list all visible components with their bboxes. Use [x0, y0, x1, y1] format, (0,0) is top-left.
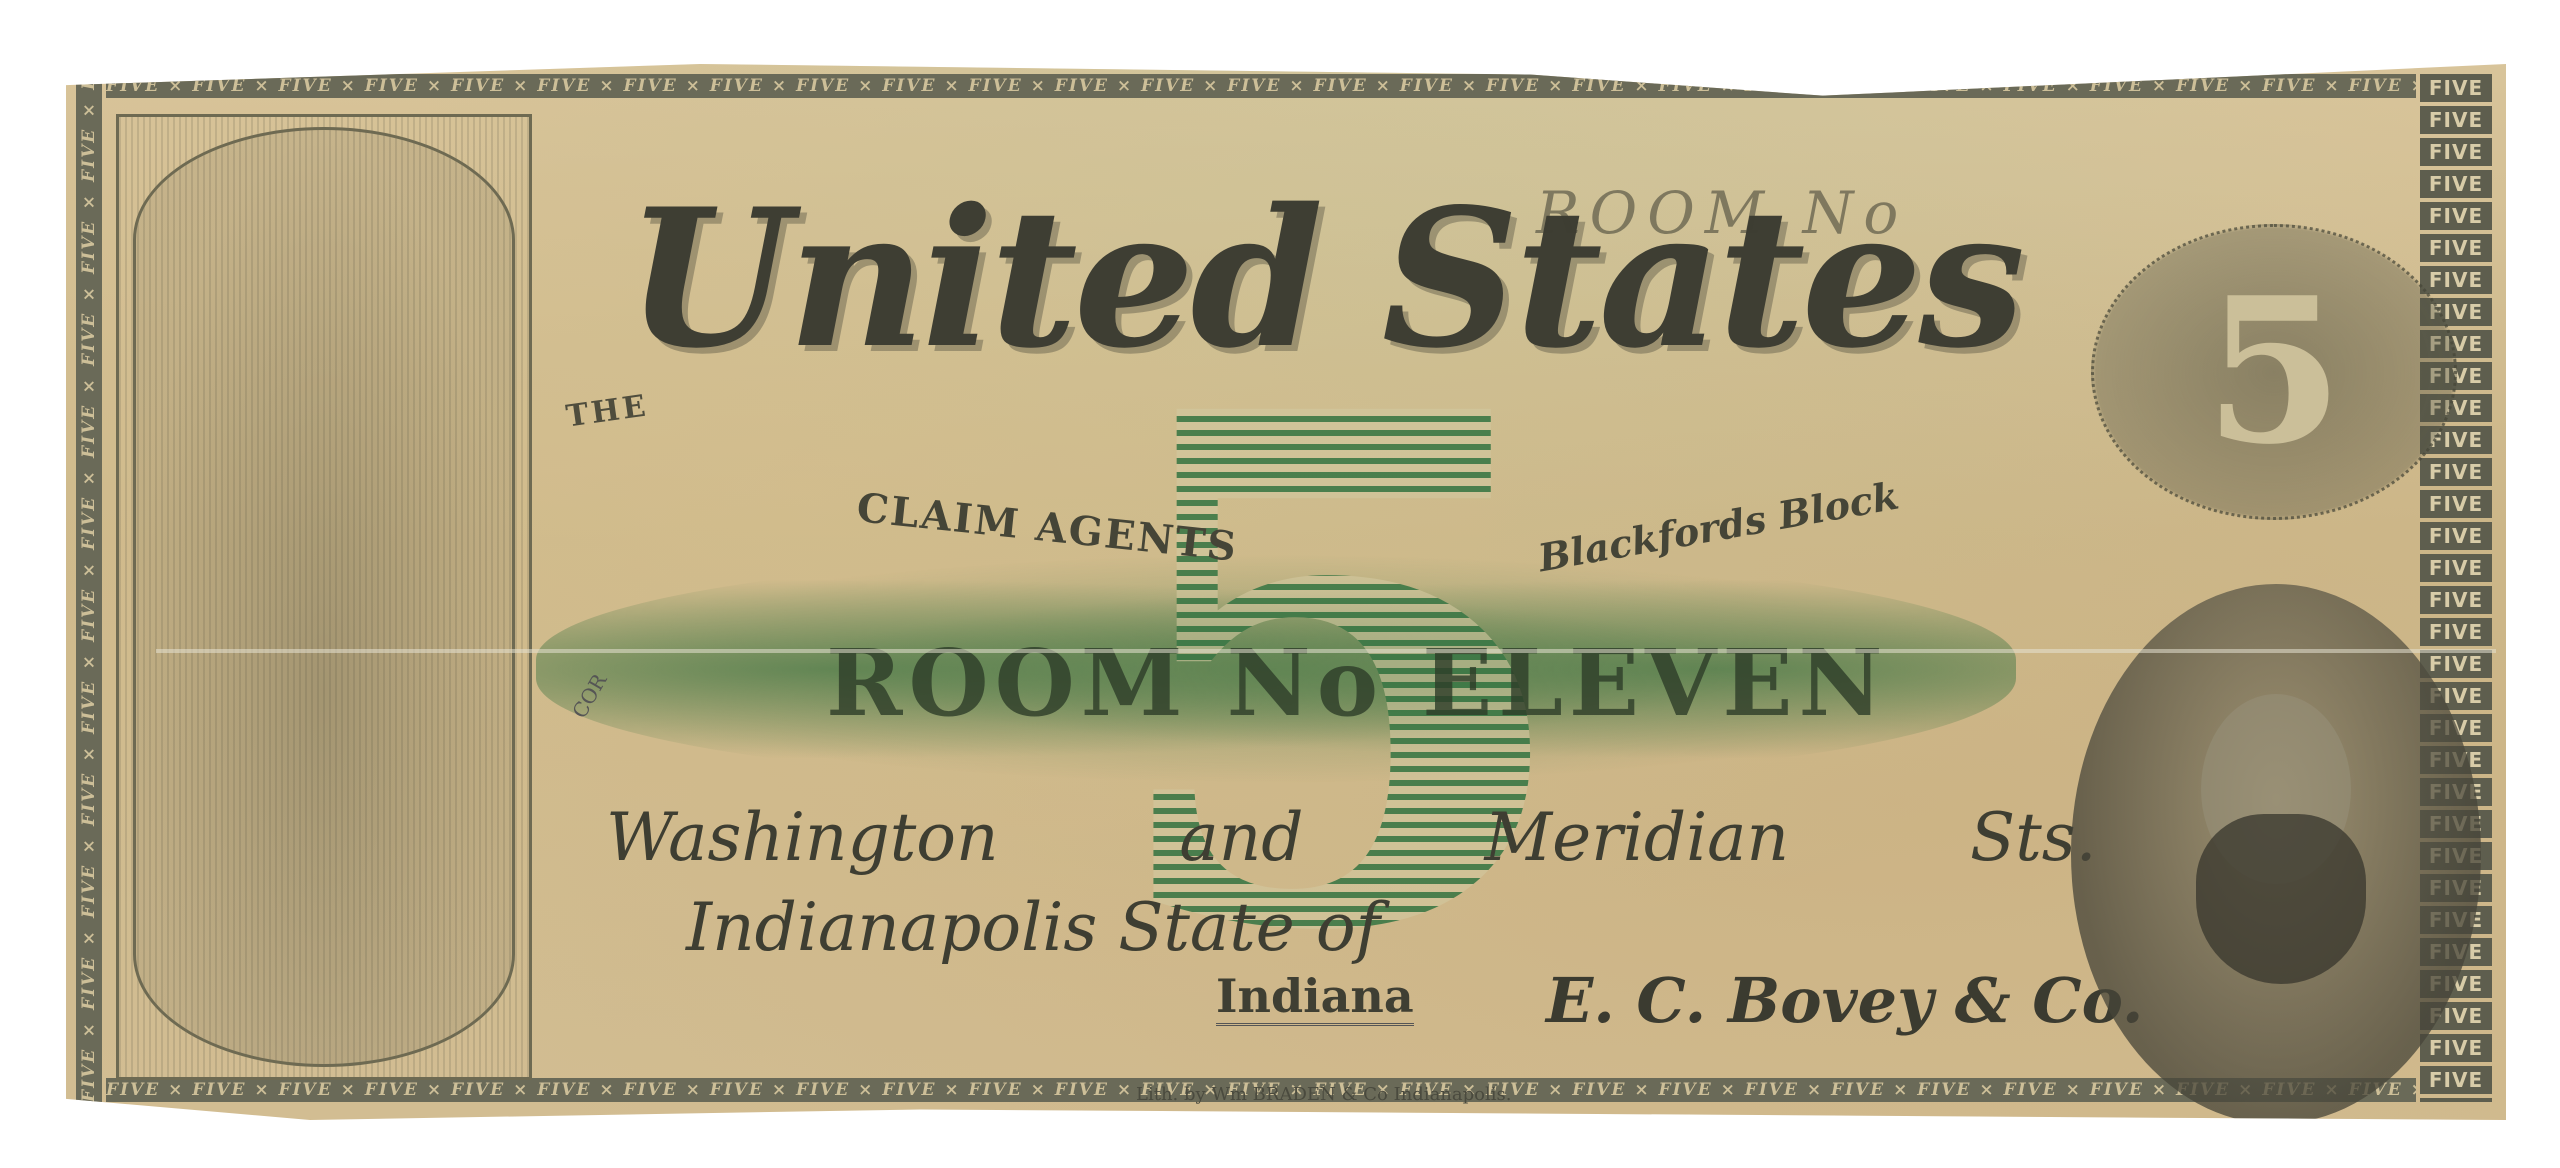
lithographer-imprint: Lith. by Wm BRADEN & Co Indianapolis.: [1136, 1084, 1511, 1105]
vignette-oval: [133, 127, 515, 1067]
left-vignette-figures: [116, 114, 532, 1080]
five-cell: FIVE: [2420, 74, 2492, 102]
five-cell: FIVE: [2420, 234, 2492, 262]
banknote: FIVE × FIVE × FIVE × FIVE × FIVE × FIVE …: [66, 64, 2506, 1120]
top-border-five: FIVE × FIVE × FIVE × FIVE × FIVE × FIVE …: [106, 74, 2416, 98]
five-cell: FIVE: [2420, 1098, 2492, 1102]
fold-crease: [156, 649, 2496, 653]
five-cell: FIVE: [2420, 170, 2492, 198]
room-number: ROOM No ELEVEN: [826, 629, 1889, 737]
five-cell: FIVE: [2420, 266, 2492, 294]
blackfords-block-label: Blackfords Block: [1535, 473, 1902, 581]
five-cell: FIVE: [2420, 106, 2492, 134]
five-cell: FIVE: [2420, 1066, 2492, 1094]
five-cell: FIVE: [2420, 490, 2492, 518]
denomination-medallion: 5: [2091, 224, 2457, 520]
state-name: Indiana: [1216, 969, 1414, 1026]
medallion-numeral: 5: [2204, 272, 2343, 472]
five-cell: FIVE: [2420, 458, 2492, 486]
five-cell: FIVE: [2420, 138, 2492, 166]
five-cell: FIVE: [2420, 1034, 2492, 1062]
five-cell: FIVE: [2420, 618, 2492, 646]
five-cell: FIVE: [2420, 586, 2492, 614]
issuer-signature: E. C. Bovey & Co.: [1546, 964, 2143, 1037]
title-prefix: THE: [564, 388, 651, 434]
five-cell: FIVE: [2420, 522, 2492, 550]
faded-room-label: ROOM No: [1536, 179, 1908, 247]
bearded-man-portrait: [2071, 584, 2481, 1124]
address-line-2: Indianapolis State of: [686, 889, 1380, 966]
address-line-1: Washington and Meridian Sts.: [606, 799, 2097, 876]
five-cell: FIVE: [2420, 202, 2492, 230]
five-cell: FIVE: [2420, 650, 2492, 678]
left-border-five: FIVE × FIVE × FIVE × FIVE × FIVE × FIVE …: [76, 74, 102, 1102]
portrait-beard: [2196, 814, 2366, 984]
five-cell: FIVE: [2420, 554, 2492, 582]
